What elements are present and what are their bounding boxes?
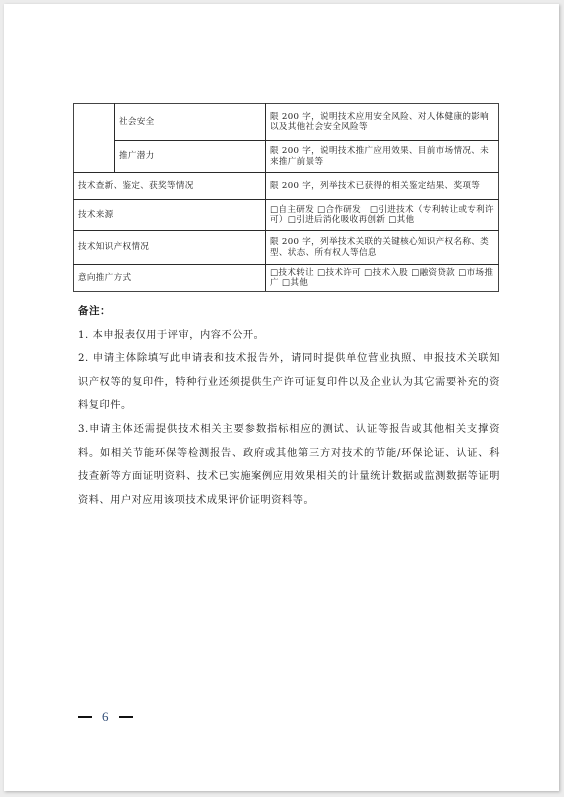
label-ip-status: 技术知识产权情况: [74, 231, 266, 265]
table-row-promotion-method: 意向推广方式 □技术转让 □技术许可 □技术入股 □融资贷款 □市场推广 □其他: [74, 265, 499, 292]
dash-right-decoration: [119, 716, 133, 718]
table-row-tech-source: 技术来源 □自主研发 □合作研发 □引进技术（专利转让或专利许可）□引进后消化吸…: [74, 200, 499, 231]
desc-ip-status: 限 200 字，列举技术关联的关键核心知识产权名称、类型、状态、所有权人等信息: [266, 231, 499, 265]
table-row-tech-appraisal: 技术查新、鉴定、获奖等情况 限 200 字，列举技术已获得的相关鉴定结果、奖项等: [74, 173, 499, 200]
notes-section: 备注： 1. 本申报表仅用于评审，内容不公开。 2. 申请主体除填写此申请表和技…: [78, 300, 500, 512]
dash-left-decoration: [78, 716, 92, 718]
label-promotion-method: 意向推广方式: [74, 265, 266, 292]
label-social-safety: 社会安全: [115, 104, 266, 141]
label-promotion-potential: 推广潜力: [115, 141, 266, 173]
label-tech-appraisal: 技术查新、鉴定、获奖等情况: [74, 173, 266, 200]
notes-heading: 备注：: [78, 300, 500, 324]
group-label-cell: [74, 104, 115, 173]
desc-tech-appraisal: 限 200 字，列举技术已获得的相关鉴定结果、奖项等: [266, 173, 499, 200]
desc-promotion-potential: 限 200 字，说明技术推广应用效果、目前市场情况、未来推广前景等: [266, 141, 499, 173]
desc-tech-source-checkboxes[interactable]: □自主研发 □合作研发 □引进技术（专利转让或专利许可）□引进后消化吸收再创新 …: [266, 200, 499, 231]
table-row-ip-status: 技术知识产权情况 限 200 字，列举技术关联的关键核心知识产权名称、类型、状态…: [74, 231, 499, 265]
document-page: 社会安全 限 200 字，说明技术应用安全风险、对人体健康的影响以及其他社会安全…: [4, 4, 559, 791]
note-item-1: 1. 本申报表仅用于评审，内容不公开。: [78, 324, 500, 348]
desc-promotion-method-checkboxes[interactable]: □技术转让 □技术许可 □技术入股 □融资贷款 □市场推广 □其他: [266, 265, 499, 292]
note-item-2: 2. 申请主体除填写此申请表和技术报告外，请同时提供单位营业执照、申报技术关联知…: [78, 347, 500, 418]
page-number: 6: [102, 709, 109, 725]
application-form-table: 社会安全 限 200 字，说明技术应用安全风险、对人体健康的影响以及其他社会安全…: [73, 103, 499, 292]
note-item-3: 3.申请主体还需提供技术相关主要参数指标相应的测试、认证等报告或其他相关支撑资料…: [78, 418, 500, 512]
desc-social-safety: 限 200 字，说明技术应用安全风险、对人体健康的影响以及其他社会安全风险等: [266, 104, 499, 141]
table-row-social-safety: 社会安全 限 200 字，说明技术应用安全风险、对人体健康的影响以及其他社会安全…: [74, 104, 499, 141]
table-row-promotion-potential: 推广潜力 限 200 字，说明技术推广应用效果、目前市场情况、未来推广前景等: [74, 141, 499, 173]
label-tech-source: 技术来源: [74, 200, 266, 231]
page-number-footer: 6: [78, 709, 133, 725]
